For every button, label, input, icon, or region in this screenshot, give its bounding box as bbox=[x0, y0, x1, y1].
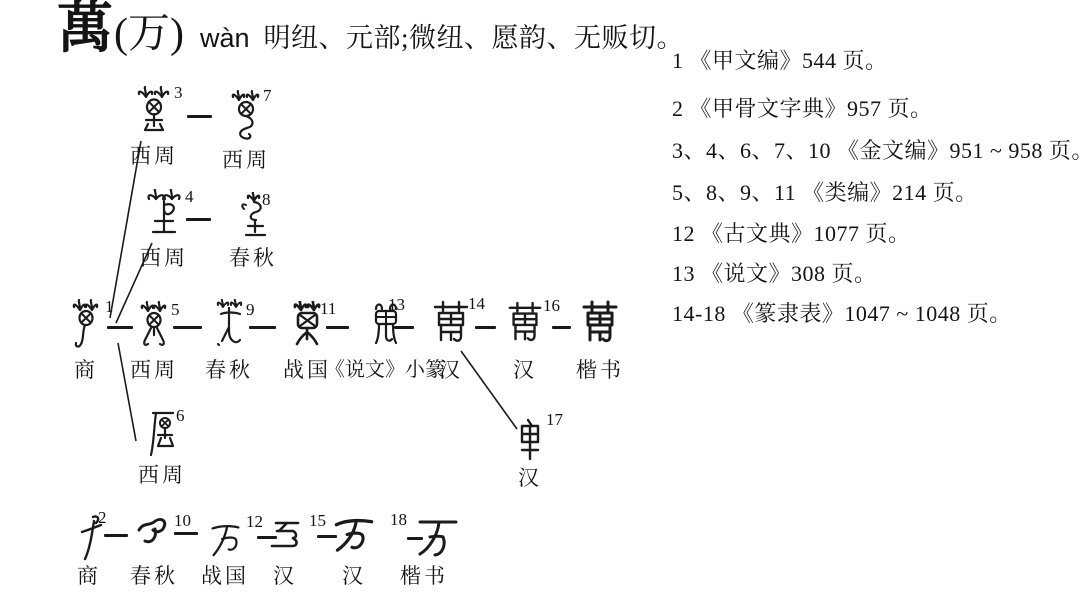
kaishu-simple-era-label: 楷书 bbox=[400, 566, 448, 587]
form-17-era-label: 汉 bbox=[518, 468, 542, 489]
form-8-era-label: 春秋 bbox=[229, 248, 277, 269]
form-4-number: 4 bbox=[185, 188, 194, 205]
simplified-variant: (万) bbox=[114, 0, 184, 60]
form-1-number: 1 bbox=[105, 298, 114, 315]
form-14-cell: 14 汉 bbox=[411, 299, 491, 381]
form-15-era-label: 汉 bbox=[273, 566, 297, 587]
form-12-era-label: 战国 bbox=[201, 566, 249, 587]
form-7-glyph bbox=[227, 90, 265, 142]
form-6-era-label: 西周 bbox=[138, 465, 186, 486]
form-15-cell: 15 汉 bbox=[245, 518, 325, 587]
form-1-glyph bbox=[71, 299, 101, 351]
form-14-era-label: 汉 bbox=[439, 360, 463, 381]
form-14-number: 14 bbox=[468, 295, 485, 312]
form-5-number: 5 bbox=[171, 301, 180, 318]
headword-character: 萬 bbox=[57, 0, 113, 59]
form-9-number: 9 bbox=[246, 301, 255, 318]
form-10-glyph bbox=[135, 514, 173, 558]
form-7-number: 7 bbox=[263, 87, 272, 104]
form-7-era-label: 西周 bbox=[222, 150, 270, 171]
form-18-cell: 18 汉 bbox=[314, 513, 394, 587]
form-10-cell: 10 春秋 bbox=[114, 514, 194, 587]
form-16-glyph bbox=[505, 300, 545, 348]
form-kaishu-wan-simple-cell: 楷书 bbox=[392, 512, 484, 587]
form-4-glyph bbox=[143, 189, 185, 243]
form-9-era-label: 春秋 bbox=[205, 360, 253, 381]
phonology-note: 明纽、元部;微纽、愿韵、无贩切。 bbox=[264, 16, 685, 55]
form-2-number: 2 bbox=[98, 509, 107, 526]
form-12-glyph bbox=[207, 516, 243, 558]
form-7-cell: 7 西周 bbox=[206, 90, 286, 171]
form-5-era-label: 西周 bbox=[130, 360, 178, 381]
form-13-number: 13 bbox=[388, 296, 405, 313]
kaishu-wan-traditional-glyph bbox=[577, 299, 623, 349]
pinyin-reading: wàn bbox=[200, 23, 250, 54]
form-6-cell: 6 西周 bbox=[122, 406, 202, 486]
form-5-glyph bbox=[138, 301, 170, 351]
kaishu-traditional-era-label: 楷书 bbox=[576, 360, 624, 381]
dictionary-page: 萬 (万) wàn 明纽、元部;微纽、愿韵、无贩切。 1 《甲文编》544 页。… bbox=[0, 0, 1080, 600]
form-10-era-label: 春秋 bbox=[130, 566, 178, 587]
reference-item: 2 《甲骨文字典》957 页。 bbox=[672, 92, 933, 123]
form-4-cell: 4 西周 bbox=[124, 189, 204, 269]
reference-item: 3、4、6、7、10 《金文编》951 ~ 958 页。 bbox=[672, 134, 1080, 165]
form-17-cell: 17 汉 bbox=[488, 416, 572, 489]
form-3-era-label: 西周 bbox=[130, 146, 178, 167]
reference-item: 13 《说文》308 页。 bbox=[672, 257, 877, 288]
form-14-glyph bbox=[430, 299, 472, 349]
reference-item: 12 《古文典》1077 页。 bbox=[672, 217, 911, 248]
form-5-cell: 5 西周 bbox=[114, 301, 194, 381]
form-15-glyph bbox=[267, 518, 303, 556]
form-16-cell: 16 汉 bbox=[485, 300, 565, 381]
form-kaishu-wan-traditional-cell: 楷书 bbox=[558, 299, 642, 381]
form-17-number: 17 bbox=[546, 411, 563, 428]
form-16-era-label: 汉 bbox=[513, 360, 537, 381]
entry-header: 萬 (万) wàn 明纽、元部;微纽、愿韵、无贩切。 bbox=[57, 0, 684, 60]
form-18-era-label: 汉 bbox=[342, 566, 366, 587]
form-3-number: 3 bbox=[174, 84, 183, 101]
form-9-glyph bbox=[213, 299, 245, 351]
reference-item: 5、8、9、11 《类编》214 页。 bbox=[672, 176, 978, 207]
form-8-number: 8 bbox=[262, 191, 271, 208]
form-2-era-label: 商 bbox=[77, 566, 101, 587]
reference-item: 1 《甲文编》544 页。 bbox=[672, 44, 888, 75]
reference-item: 14-18 《篆隶表》1047 ~ 1048 页。 bbox=[672, 297, 1012, 328]
form-8-cell: 8 春秋 bbox=[213, 192, 293, 269]
form-18-glyph bbox=[333, 513, 375, 558]
form-4-era-label: 西周 bbox=[140, 248, 188, 269]
form-3-cell: 3 西周 bbox=[114, 86, 194, 167]
form-3-glyph bbox=[133, 86, 175, 140]
form-1-era-label: 商 bbox=[74, 360, 98, 381]
form-17-glyph bbox=[510, 416, 550, 464]
form-6-number: 6 bbox=[176, 407, 185, 424]
kaishu-wan-simple-glyph bbox=[416, 512, 460, 560]
form-11-glyph bbox=[290, 301, 324, 349]
form-9-cell: 9 春秋 bbox=[189, 299, 269, 381]
form-6-glyph bbox=[144, 406, 180, 460]
